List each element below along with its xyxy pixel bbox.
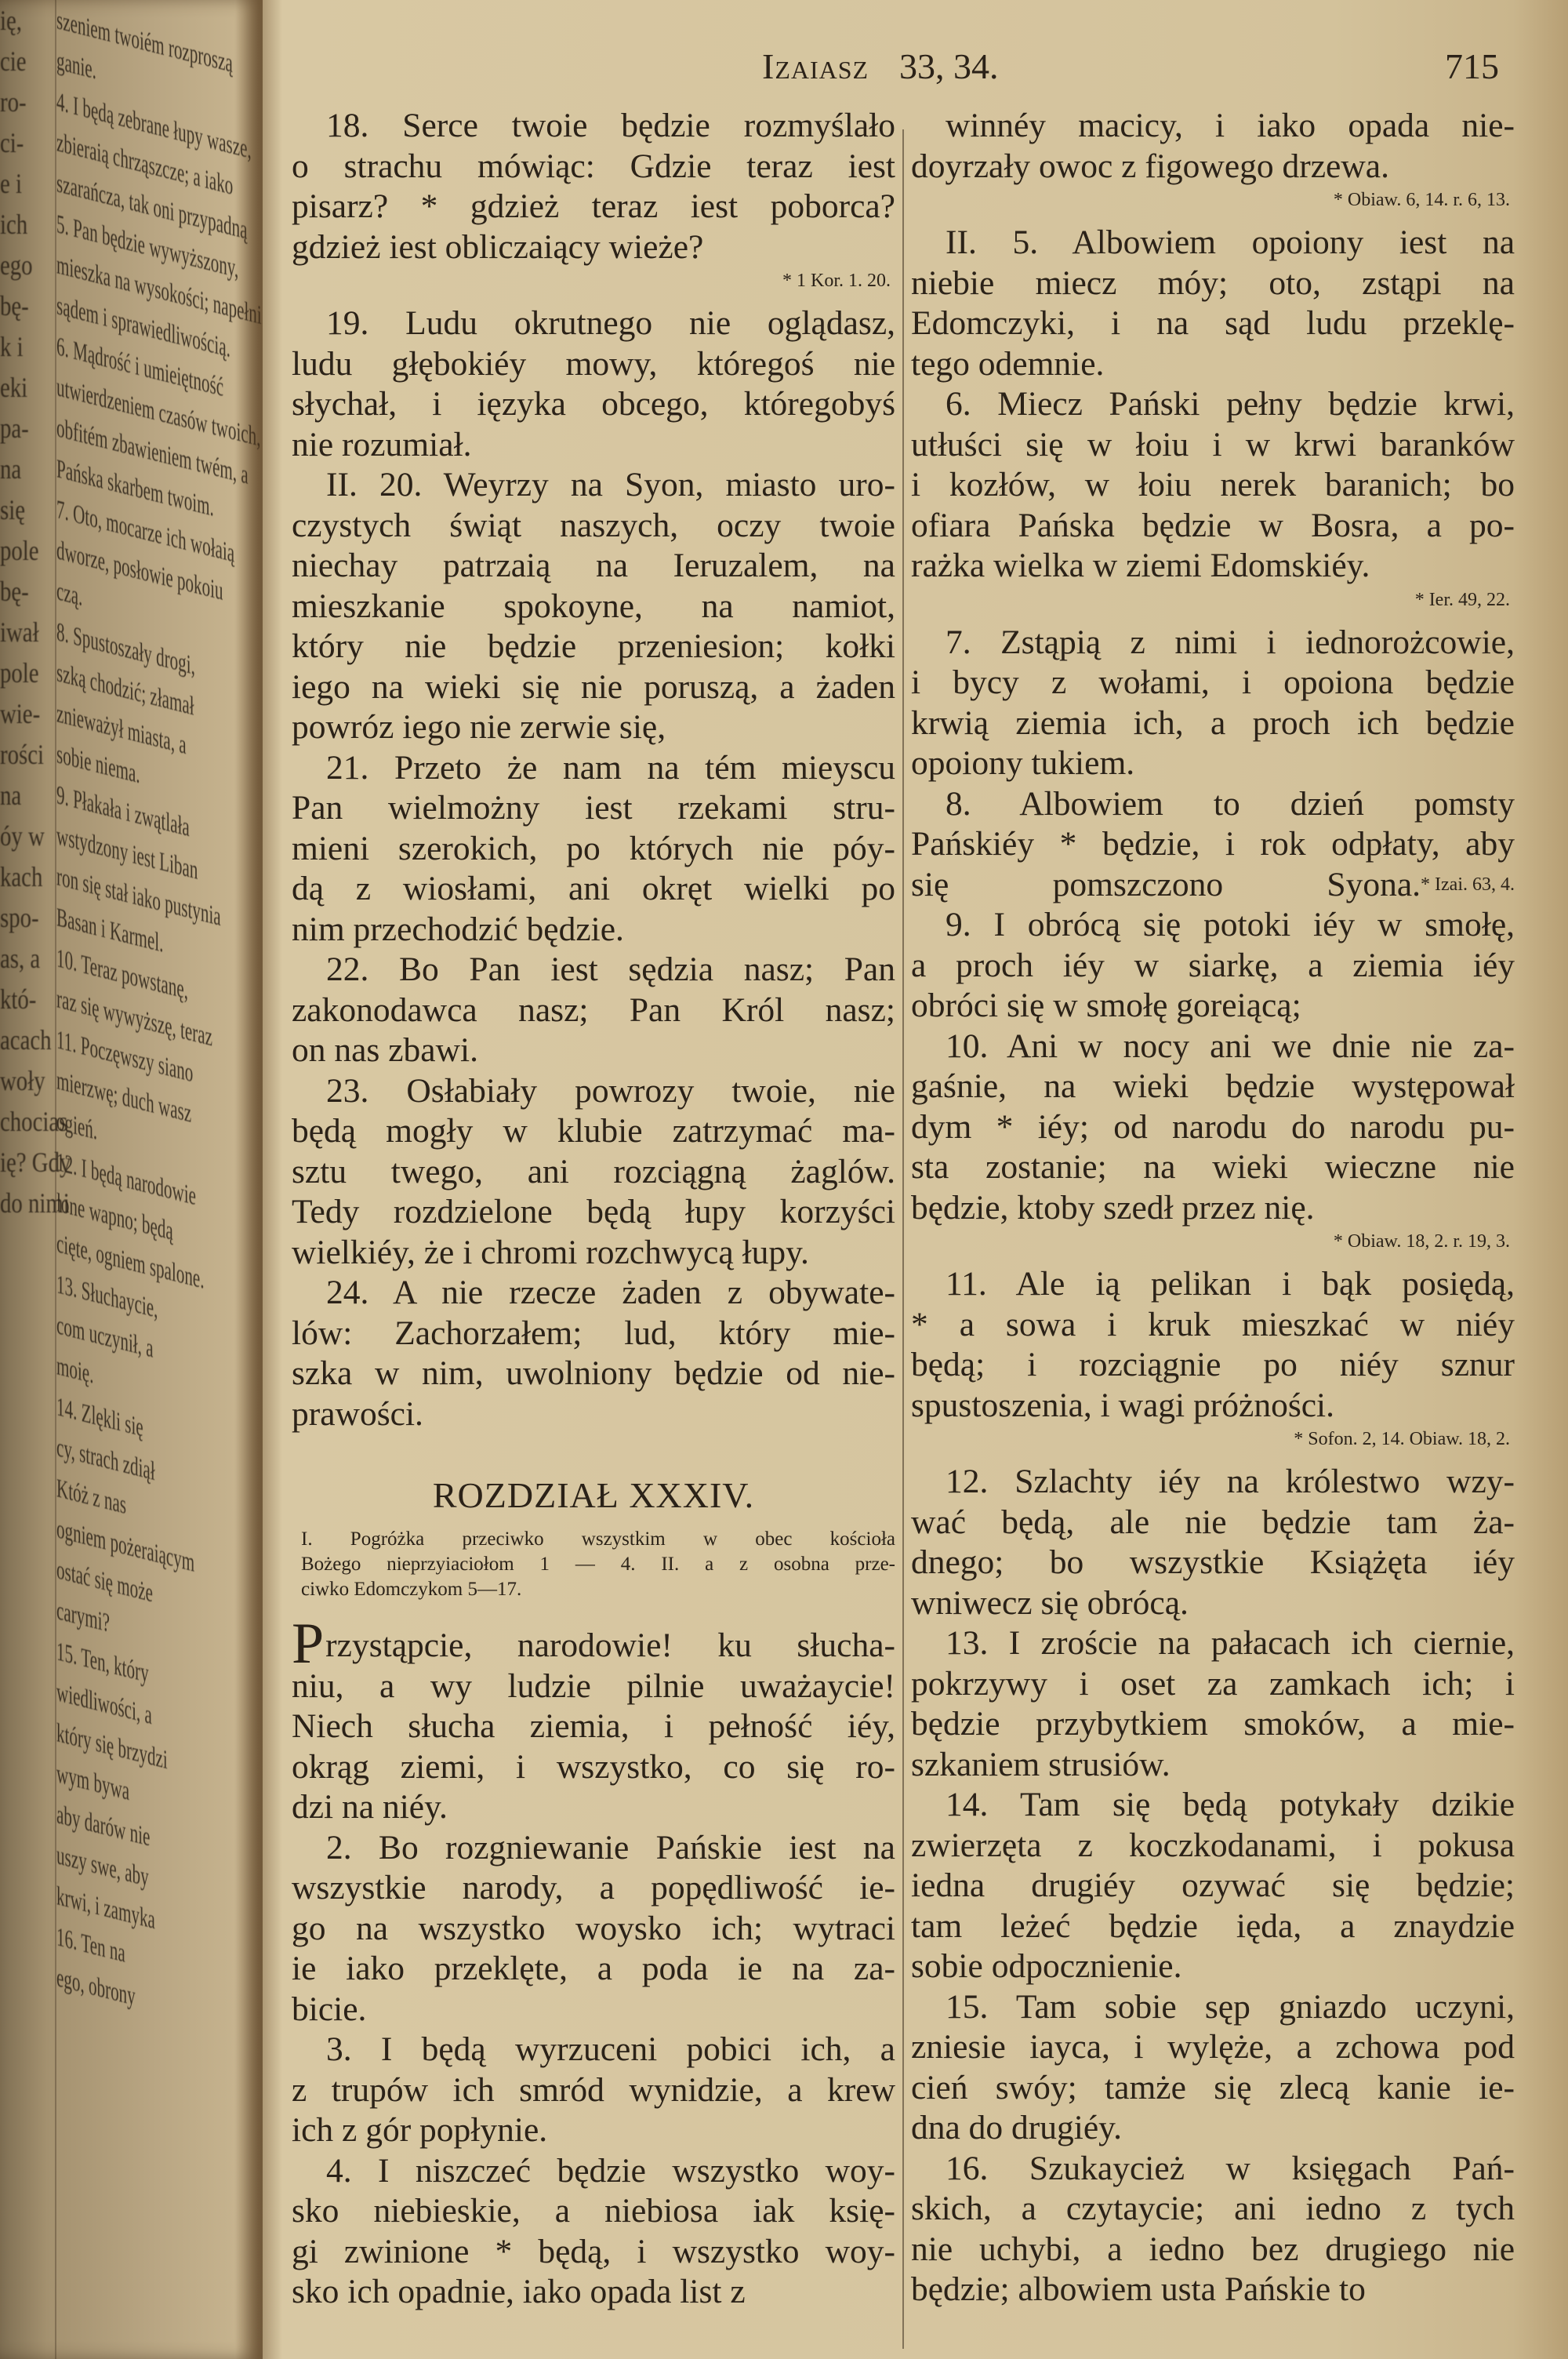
- verse-line: się pomszczono Syona.* Izai. 63, 4.: [911, 865, 1515, 906]
- verse-line: z trupów ich smród wynidzie, a krew: [292, 2070, 895, 2111]
- verse-line-text: 11. Ale ią pelikan i bąk posiędą,: [946, 1265, 1515, 1303]
- footnote-reference: * Sofon. 2, 14. Obiaw. 18, 2.: [911, 1426, 1515, 1452]
- previous-page-line: acach: [0, 1020, 44, 1060]
- verse-line-text: nie rozumiał.: [292, 426, 472, 463]
- verse-line: niebie miecz móy; oto, zstąpi na: [911, 264, 1515, 304]
- verse-line: Pan wielmożny iest rzekami stru-: [292, 788, 895, 829]
- verse-line: ludu głębokiéy mowy, któregoś nie: [292, 344, 895, 385]
- verse-line-text: niechay patrzaią na Ieruzalem, na: [292, 547, 895, 584]
- previous-page-line: ię,: [0, 0, 44, 41]
- verse-line-text: który nie będzie przeniesion; kołki: [292, 627, 895, 665]
- previous-page-line: rości: [0, 734, 44, 775]
- verse-line: 4. I niszczeć będzie wszystko woy-: [292, 2151, 895, 2192]
- previous-page-column-b: szeniem twoiém rozprosząganie.4. I będą …: [56, 0, 263, 2359]
- previous-page-line: as, a: [0, 938, 44, 979]
- verse-line-text: sztu twego, ani rozciągną żaglów.: [292, 1153, 895, 1190]
- column-divider-rule: [902, 129, 904, 2349]
- verse-line: szka w nim, uwolniony będzie od nie-: [292, 1354, 895, 1394]
- verse-line-text: 16. Szukaycież w księgach Pań-: [946, 2150, 1515, 2187]
- verse-paragraph: 19. Ludu okrutnego nie oglądasz,ludu głę…: [292, 304, 895, 465]
- previous-page-line: ro-: [0, 82, 44, 122]
- verse-line: mieni szerokich, po których nie póy-: [292, 829, 895, 870]
- verse-line: cień swóy; tamże się zlecą kanie ie-: [911, 2068, 1515, 2109]
- verse-line: doyrzały owoc z figowego drzewa.: [911, 147, 1515, 187]
- previous-page-line: pa-: [0, 408, 44, 449]
- verse-line-text: 3. I będą wyrzuceni pobici ich, a: [326, 2030, 895, 2068]
- verse-paragraph: 16. Szukaycież w księgach Pań-skich, a c…: [911, 2149, 1515, 2310]
- verse-line-text: sta zostanie; na wieki wieczne nie: [911, 1148, 1515, 1186]
- verse-paragraph: 21. Przeto że nam na tém mieyscuPan wiel…: [292, 748, 895, 951]
- verse-line: wniwecz się obrócą.: [911, 1583, 1515, 1624]
- verse-line-text: ludu głębokiéy mowy, któregoś nie: [292, 345, 895, 383]
- verse-line-text: zwierzęta z koczkodanami, i pokusa: [911, 1826, 1515, 1864]
- verse-line-text: nim przechodzić będzie.: [292, 911, 624, 948]
- verse-line-text: winnéy macicy, i iako opada nie-: [946, 107, 1515, 144]
- previous-page-line: eki: [0, 367, 44, 408]
- verse-line-text: doyrzały owoc z figowego drzewa.: [911, 147, 1389, 185]
- verse-line-text: sko ich opadnie, iako opada list z: [292, 2273, 746, 2310]
- verse-line-text: sko niebieskie, a niebiosa iak księ-: [292, 2192, 895, 2230]
- verse-line-text: gaśnie, na wieki będzie występował: [911, 1067, 1515, 1105]
- verse-line: tego odemnie.: [911, 344, 1515, 385]
- chapter-heading: ROZDZIAŁ XXXIV.: [292, 1472, 895, 1519]
- verse-line-text: 21. Przeto że nam na tém mieyscu: [326, 749, 895, 787]
- inline-footnote-reference: * Izai. 63, 4.: [1421, 865, 1515, 906]
- verse-paragraph: Przystąpcie, narodowie! ku słucha-niu, a…: [292, 1624, 895, 1828]
- previous-page-line: ię? Gdy: [0, 1142, 44, 1183]
- previous-page-line: ich: [0, 204, 44, 245]
- verse-line-text: rzystąpcie, narodowie! ku słucha-: [325, 1627, 895, 1664]
- previous-page-line: óy w: [0, 816, 44, 856]
- verse-line-text: Tedy rozdzielone będą łupy korzyści: [292, 1193, 895, 1230]
- summary-line: ciwko Edomczykom 5—17.: [301, 1577, 895, 1602]
- verse-line-text: cień swóy; tamże się zlecą kanie ie-: [911, 2069, 1515, 2106]
- verse-line-text: nie uchybi, a iedno bez drugiego nie: [911, 2230, 1515, 2268]
- verse-line: niu, a wy ludzie pilnie uważaycie!: [292, 1667, 895, 1707]
- previous-page-line: bę-: [0, 285, 44, 326]
- verse-line-text: 13. I zroście na pałacach ich ciernie,: [946, 1624, 1515, 1662]
- verse-line-text: Edomczyki, i na sąd ludu przeklę-: [911, 304, 1515, 342]
- verse-line: rażka wielka w ziemi Edomskiéy.: [911, 546, 1515, 587]
- verse-line: 3. I będą wyrzuceni pobici ich, a: [292, 2030, 895, 2070]
- verse-line-text: i kozłów, w łoiu nerek baranich; bo: [911, 466, 1515, 503]
- verse-line-text: 6. Miecz Pański pełny będzie krwi,: [946, 385, 1515, 423]
- verse-line: 2. Bo rozgniewanie Pańskie iest na: [292, 1828, 895, 1869]
- footnote-reference: * Obiaw. 6, 14. r. 6, 13.: [911, 187, 1515, 213]
- verse-line-text: lów: Zachorzałem; lud, który mie-: [292, 1314, 895, 1352]
- verse-line-text: 10. Ani w nocy ani we dnie nie za-: [946, 1027, 1515, 1065]
- verse-line-text: a proch iéy w siarkę, a ziemia iéy: [911, 947, 1515, 984]
- verse-line: i kozłów, w łoiu nerek baranich; bo: [911, 465, 1515, 506]
- verse-line-text: 24. A nie rzecze żaden z obywate-: [326, 1274, 895, 1311]
- previous-page-line: spo-: [0, 897, 44, 938]
- verse-line-text: 15. Tam sobie sęp gniazdo uczyni,: [946, 1988, 1515, 2026]
- previous-page-line: pole: [0, 530, 44, 571]
- verse-line-text: o strachu mówiąc: Gdzie teraz iest: [292, 147, 895, 185]
- verse-line: on nas zbawi.: [292, 1030, 895, 1071]
- verse-line: okrąg ziemi, i wszystko, co się ro-: [292, 1747, 895, 1788]
- verse-line-text: ofiara Pańska będzie w Bosra, a po-: [911, 507, 1515, 544]
- verse-line: wielkiéy, że i chromi rozchwycą łupy.: [292, 1233, 895, 1274]
- verse-paragraph: II. 20. Weyrzy na Syon, miasto uro-czyst…: [292, 465, 895, 748]
- verse-line: dzi na niéy.: [292, 1787, 895, 1828]
- verse-line-text: dym * iéy; od narodu do narodu pu-: [911, 1108, 1515, 1146]
- previous-page-line: ci-: [0, 122, 44, 163]
- verse-line: 15. Tam sobie sęp gniazdo uczyni,: [911, 1987, 1515, 2028]
- gutter-shadow: [235, 0, 282, 2359]
- verse-paragraph: 10. Ani w nocy ani we dnie nie za-gaśnie…: [911, 1027, 1515, 1229]
- previous-page-line: ego: [0, 245, 44, 285]
- verse-line: 8. Albowiem to dzień pomsty: [911, 784, 1515, 825]
- verse-line-text: gdzież iest obliczaiący wieże?: [292, 228, 703, 266]
- verse-line: prawości.: [292, 1394, 895, 1435]
- verse-line-text: rażka wielka w ziemi Edomskiéy.: [911, 547, 1370, 584]
- verse-line-text: * a sowa i kruk mieszkać w niéy: [911, 1306, 1515, 1343]
- previous-page-line: chocias: [0, 1101, 44, 1142]
- verse-line-text: szkaniem strusiów.: [911, 1746, 1171, 1783]
- verse-line-text: 22. Bo Pan iest sędzia nasz; Pan: [326, 951, 895, 988]
- previous-page-line: bę-: [0, 571, 44, 612]
- verse-line: gaśnie, na wieki będzie występował: [911, 1067, 1515, 1107]
- verse-line: słychał, i ięzyka obcego, któregobyś: [292, 384, 895, 425]
- verse-paragraph: 6. Miecz Pański pełny będzie krwi,utłuśc…: [911, 384, 1515, 587]
- verse-line-text: się pomszczono Syona.: [911, 866, 1421, 903]
- summary-line: Bożego nieprzyiaciołom 1 — 4. II. a z os…: [301, 1552, 895, 1577]
- verse-line-text: iedna drugiéy ozywać się będzie;: [911, 1866, 1515, 1904]
- verse-line: szkaniem strusiów.: [911, 1745, 1515, 1786]
- chapter-summary: I. Pogróżka przeciwko wszystkim w obec k…: [292, 1527, 895, 1602]
- verse-line: winnéy macicy, i iako opada nie-: [911, 106, 1515, 147]
- verse-line-text: II. 20. Weyrzy na Syon, miasto uro-: [326, 466, 895, 503]
- verse-line-text: obróci się w smołę goreiącą;: [911, 987, 1301, 1024]
- verse-line: iedna drugiéy ozywać się będzie;: [911, 1866, 1515, 1906]
- verse-line-text: 7. Zstąpią z nimi i iednorożcowie,: [946, 623, 1515, 661]
- book-page: Izaiasz 33, 34. 715 18. Serce twoie będz…: [292, 31, 1530, 2337]
- verse-line-text: krwią ziemia ich, a proch ich będzie: [911, 704, 1515, 742]
- running-head: Izaiasz 33, 34. 715: [292, 45, 1515, 100]
- verse-line-text: szka w nim, uwolniony będzie od nie-: [292, 1354, 895, 1392]
- verse-paragraph: 3. I będą wyrzuceni pobici ich, az trupó…: [292, 2030, 895, 2151]
- verse-line: który nie będzie przeniesion; kołki: [292, 627, 895, 667]
- verse-line: sobie odpocznienie.: [911, 1946, 1515, 1987]
- verse-line: bicie.: [292, 1990, 895, 2030]
- right-text-column: winnéy macicy, i iako opada nie-doyrzały…: [911, 106, 1515, 2310]
- previous-page-line: iwał: [0, 612, 44, 652]
- previous-page-line: się: [0, 489, 44, 530]
- verse-line-text: będą mogły w klubie zatrzymać ma-: [292, 1112, 895, 1150]
- verse-line-text: 14. Tam się będą potykały dzikie: [946, 1786, 1515, 1823]
- verse-line: Pańskiéy * będzie, i rok odpłaty, aby: [911, 824, 1515, 865]
- verse-line-text: dna do drugiéy.: [911, 2109, 1122, 2146]
- verse-paragraph: winnéy macicy, i iako opada nie-doyrzały…: [911, 106, 1515, 187]
- verse-line-text: niu, a wy ludzie pilnie uważaycie!: [292, 1667, 895, 1705]
- verse-line: II. 20. Weyrzy na Syon, miasto uro-: [292, 465, 895, 506]
- verse-line: sztu twego, ani rozciągną żaglów.: [292, 1152, 895, 1193]
- verse-line: pisarz? * gdzież teraz iest poborca?: [292, 187, 895, 227]
- verse-paragraph: 8. Albowiem to dzień pomstyPańskiéy * bę…: [911, 784, 1515, 906]
- verse-line-text: utłuści się w łoiu i w krwi baranków: [911, 426, 1515, 463]
- verse-line-text: tam leżeć będzie ięda, a znaydzie: [911, 1907, 1515, 1945]
- verse-line-text: 18. Serce twoie będzie rozmyślało: [326, 107, 895, 144]
- verse-line-text: będzie przybytkiem smoków, a mie-: [911, 1705, 1515, 1743]
- verse-line: ich z gór popłynie.: [292, 2110, 895, 2151]
- verse-line: krwią ziemia ich, a proch ich będzie: [911, 703, 1515, 744]
- verse-line: 10. Ani w nocy ani we dnie nie za-: [911, 1027, 1515, 1067]
- verse-line: będą; i rozciągnie po niéy sznur: [911, 1345, 1515, 1386]
- verse-line: 7. Zstąpią z nimi i iednorożcowie,: [911, 623, 1515, 663]
- verse-line: wać będą, ale nie będzie tam ża-: [911, 1503, 1515, 1543]
- verse-line: 21. Przeto że nam na tém mieyscu: [292, 748, 895, 789]
- verse-paragraph: 7. Zstąpią z nimi i iednorożcowie,i bycy…: [911, 623, 1515, 784]
- previous-page-line: woły: [0, 1060, 44, 1101]
- verse-line-text: mieni szerokich, po których nie póy-: [292, 830, 895, 867]
- verse-line-text: tego odemnie.: [911, 345, 1104, 383]
- verse-line: zwierzęta z koczkodanami, i pokusa: [911, 1826, 1515, 1866]
- previous-page-column-a: ię,ciero-ci-e iichegobę-k iekipa-nasiępo…: [0, 0, 56, 2359]
- verse-line-text: dnego; bo wszystkie Książęta iéy: [911, 1543, 1515, 1581]
- verse-line-text: go na wszystko woysko ich; wytraci: [292, 1910, 895, 1947]
- verse-line: 14. Tam się będą potykały dzikie: [911, 1785, 1515, 1826]
- verse-paragraph: 14. Tam się będą potykały dzikiezwierzęt…: [911, 1785, 1515, 1987]
- previous-page-line: cie: [0, 41, 44, 82]
- verse-line-text: ich z gór popłynie.: [292, 2111, 547, 2149]
- verse-line-text: zakonodawca nasz; Pan Król nasz;: [292, 991, 895, 1029]
- verse-line-text: będzie, ktoby szedł przez nię.: [911, 1189, 1315, 1227]
- verse-line: nie rozumiał.: [292, 425, 895, 466]
- previous-page-line: któ-: [0, 979, 44, 1020]
- verse-line: o strachu mówiąc: Gdzie teraz iest: [292, 147, 895, 187]
- verse-line-text: Niech słucha ziemia, i pełność iéy,: [292, 1707, 895, 1745]
- verse-line-text: on nas zbawi.: [292, 1031, 478, 1069]
- verse-line-text: czystych świąt naszych, oczy twoie: [292, 507, 895, 544]
- verse-line: 22. Bo Pan iest sędzia nasz; Pan: [292, 950, 895, 990]
- verse-line-text: wniwecz się obrócą.: [911, 1584, 1189, 1622]
- verse-line: nim przechodzić będzie.: [292, 910, 895, 951]
- verse-line: dnego; bo wszystkie Książęta iéy: [911, 1543, 1515, 1583]
- verse-line: będzie; albowiem usta Pańskie to: [911, 2270, 1515, 2310]
- previous-page-line: na: [0, 775, 44, 816]
- verse-paragraph: II. 5. Albowiem opoiony iest naniebie mi…: [911, 223, 1515, 384]
- verse-line-text: 4. I niszczeć będzie wszystko woy-: [326, 2152, 895, 2190]
- verse-line-text: 19. Ludu okrutnego nie oglądasz,: [326, 304, 895, 342]
- verse-line: spustoszenia, i wagi próżności.: [911, 1386, 1515, 1427]
- verse-line-text: skich, a czytaycie; ani iedno z tych: [911, 2190, 1515, 2227]
- verse-line-text: z trupów ich smród wynidzie, a krew: [292, 2071, 895, 2109]
- verse-line: obróci się w smołę goreiącą;: [911, 986, 1515, 1027]
- verse-line-text: wszystkie narody, a popędliwość ie-: [292, 1869, 895, 1906]
- previous-page-line: e i: [0, 163, 44, 204]
- verse-line: 24. A nie rzecze żaden z obywate-: [292, 1273, 895, 1314]
- left-text-column: 18. Serce twoie będzie rozmyślałoo strac…: [292, 106, 895, 2313]
- verse-line: będzie przybytkiem smoków, a mie-: [911, 1704, 1515, 1745]
- verse-line-text: słychał, i ięzyka obcego, któregobyś: [292, 385, 895, 423]
- verse-paragraph: 23. Osłabiały powrozy twoie, niebędą mog…: [292, 1071, 895, 1274]
- verse-line: 11. Ale ią pelikan i bąk posiędą,: [911, 1264, 1515, 1305]
- verse-line-text: dzi na niéy.: [292, 1788, 448, 1826]
- verse-line-text: 8. Albowiem to dzień pomsty: [946, 785, 1515, 823]
- verse-line: mieszkanie spokoyne, na namiot,: [292, 587, 895, 627]
- verse-line-text: pokrzywy i oset za zamkach ich; i: [911, 1665, 1515, 1703]
- verse-line: lów: Zachorzałem; lud, który mie-: [292, 1314, 895, 1354]
- page-number: 715: [1445, 45, 1499, 87]
- verse-line-text: pisarz? * gdzież teraz iest poborca?: [292, 187, 895, 225]
- verse-paragraph: 15. Tam sobie sęp gniazdo uczyni,zniesie…: [911, 1987, 1515, 2149]
- verse-line: tam leżeć będzie ięda, a znaydzie: [911, 1906, 1515, 1947]
- verse-line: Tedy rozdzielone będą łupy korzyści: [292, 1192, 895, 1233]
- verse-line: będą mogły w klubie zatrzymać ma-: [292, 1111, 895, 1152]
- verse-line: sko niebieskie, a niebiosa iak księ-: [292, 2191, 895, 2232]
- verse-paragraph: 2. Bo rozgniewanie Pańskie iest nawszyst…: [292, 1828, 895, 2030]
- verse-line: 16. Szukaycież w księgach Pań-: [911, 2149, 1515, 2190]
- verse-line: 9. I obrócą się potoki iéy w smołę,: [911, 905, 1515, 946]
- verse-line: * a sowa i kruk mieszkać w niéy: [911, 1305, 1515, 1346]
- verse-line: 19. Ludu okrutnego nie oglądasz,: [292, 304, 895, 344]
- verse-paragraph: 11. Ale ią pelikan i bąk posiędą,* a sow…: [911, 1264, 1515, 1426]
- book-title: Izaiasz: [762, 45, 869, 87]
- verse-line-text: iego na wieki się nie poruszą, a żaden: [292, 668, 895, 706]
- verse-paragraph: 13. I zroście na pałacach ich ciernie,po…: [911, 1623, 1515, 1785]
- verse-line-text: sobie odpocznienie.: [911, 1947, 1181, 1985]
- verse-line: gdzież iest obliczaiący wieże?: [292, 227, 895, 268]
- verse-line-text: prawości.: [292, 1395, 423, 1433]
- verse-line: zniesie iayca, i wylęże, a zchowa pod: [911, 2027, 1515, 2068]
- verse-line: iego na wieki się nie poruszą, a żaden: [292, 667, 895, 708]
- verse-paragraph: 22. Bo Pan iest sędzia nasz; Panzakonoda…: [292, 950, 895, 1071]
- verse-line-text: 2. Bo rozgniewanie Pańskie iest na: [326, 1829, 895, 1866]
- verse-line-text: będzie; albowiem usta Pańskie to: [911, 2270, 1366, 2308]
- verse-line: a proch iéy w siarkę, a ziemia iéy: [911, 946, 1515, 987]
- verse-line-text: 23. Osłabiały powrozy twoie, nie: [326, 1072, 895, 1110]
- verse-line: ie iako przeklęte, a poda ie na za-: [292, 1949, 895, 1990]
- verse-line-text: wać będą, ale nie będzie tam ża-: [911, 1503, 1515, 1541]
- verse-line: i bycy z wołami, i opoiona będzie: [911, 663, 1515, 703]
- previous-page-line: do nimi: [0, 1183, 44, 1223]
- verse-line: 12. Szlachty iéy na królestwo wzy-: [911, 1462, 1515, 1503]
- verse-line: utłuści się w łoiu i w krwi baranków: [911, 425, 1515, 466]
- verse-line: Edomczyki, i na sąd ludu przeklę-: [911, 304, 1515, 344]
- verse-paragraph: 18. Serce twoie będzie rozmyślałoo strac…: [292, 106, 895, 267]
- previous-page-line: pole: [0, 652, 44, 693]
- verse-line: gi zwinione * będą, i wszystko woy-: [292, 2232, 895, 2273]
- summary-line: I. Pogróżka przeciwko wszystkim w obec k…: [301, 1527, 895, 1552]
- verse-line-text: opoiony tukiem.: [911, 744, 1134, 782]
- verse-line-text: zniesie iayca, i wylęże, a zchowa pod: [911, 2028, 1515, 2066]
- verse-line: wszystkie narody, a popędliwość ie-: [292, 1868, 895, 1909]
- verse-line-text: wielkiéy, że i chromi rozchwycą łupy.: [292, 1234, 809, 1271]
- previous-page-line: k i: [0, 326, 44, 367]
- verse-line-text: ie iako przeklęte, a poda ie na za-: [292, 1950, 895, 1987]
- verse-line: dna do drugiéy.: [911, 2108, 1515, 2149]
- verse-line: 6. Miecz Pański pełny będzie krwi,: [911, 384, 1515, 425]
- footnote-reference: * Obiaw. 18, 2. r. 19, 3.: [911, 1228, 1515, 1255]
- verse-line-text: okrąg ziemi, i wszystko, co się ro-: [292, 1748, 895, 1786]
- verse-line: powróz iego nie zerwie się,: [292, 707, 895, 748]
- verse-line-text: 9. I obrócą się potoki iéy w smołę,: [946, 906, 1515, 943]
- footnote-reference: * 1 Kor. 1. 20.: [292, 267, 895, 294]
- verse-line: Przystąpcie, narodowie! ku słucha-: [292, 1624, 895, 1667]
- verse-line: II. 5. Albowiem opoiony iest na: [911, 223, 1515, 264]
- verse-paragraph: 24. A nie rzecze żaden z obywate-lów: Za…: [292, 1273, 895, 1434]
- verse-line-text: będą; i rozciągnie po niéy sznur: [911, 1346, 1515, 1383]
- verse-line-text: mieszkanie spokoyne, na namiot,: [292, 587, 895, 625]
- verse-line: ofiara Pańska będzie w Bosra, a po-: [911, 506, 1515, 547]
- verse-line: sko ich opadnie, iako opada list z: [292, 2272, 895, 2313]
- verse-paragraph: 12. Szlachty iéy na królestwo wzy-wać bę…: [911, 1462, 1515, 1623]
- verse-line-text: i bycy z wołami, i opoiona będzie: [911, 663, 1515, 701]
- verse-line: sta zostanie; na wieki wieczne nie: [911, 1147, 1515, 1188]
- chapter-range: 33, 34.: [899, 45, 999, 87]
- previous-page-curl: ię,ciero-ci-e iichegobę-k iekipa-nasiępo…: [0, 0, 263, 2359]
- verse-line: czystych świąt naszych, oczy twoie: [292, 506, 895, 547]
- verse-paragraph: 4. I niszczeć będzie wszystko woy-sko ni…: [292, 2151, 895, 2313]
- verse-line-text: gi zwinione * będą, i wszystko woy-: [292, 2233, 895, 2270]
- verse-line: go na wszystko woysko ich; wytraci: [292, 1909, 895, 1950]
- verse-line-text: Pan wielmożny iest rzekami stru-: [292, 789, 895, 827]
- verse-line-text: niebie miecz móy; oto, zstąpi na: [911, 264, 1515, 302]
- verse-line: 23. Osłabiały powrozy twoie, nie: [292, 1071, 895, 1112]
- verse-line: Niech słucha ziemia, i pełność iéy,: [292, 1707, 895, 1747]
- verse-line-text: 12. Szlachty iéy na królestwo wzy-: [946, 1463, 1515, 1500]
- verse-line: 18. Serce twoie będzie rozmyślało: [292, 106, 895, 147]
- previous-page-line: wie-: [0, 693, 44, 734]
- verse-line: nie uchybi, a iedno bez drugiego nie: [911, 2230, 1515, 2270]
- verse-line: dym * iéy; od narodu do narodu pu-: [911, 1107, 1515, 1148]
- previous-page-line: kach: [0, 856, 44, 897]
- verse-line: niechay patrzaią na Ieruzalem, na: [292, 546, 895, 587]
- verse-paragraph: 9. I obrócą się potoki iéy w smołę,a pro…: [911, 905, 1515, 1027]
- verse-line-text: Pańskiéy * będzie, i rok odpłaty, aby: [911, 825, 1515, 863]
- verse-line: zakonodawca nasz; Pan Król nasz;: [292, 990, 895, 1031]
- verse-line: skich, a czytaycie; ani iedno z tych: [911, 2189, 1515, 2230]
- verse-line: opoiony tukiem.: [911, 743, 1515, 784]
- previous-page-line: na: [0, 449, 44, 489]
- verse-line-text: spustoszenia, i wagi próżności.: [911, 1387, 1334, 1424]
- verse-line-text: bicie.: [292, 1990, 366, 2028]
- verse-line: dą z wiosłami, ani okręt wielki po: [292, 869, 895, 910]
- verse-line-text: II. 5. Albowiem opoiony iest na: [946, 224, 1515, 261]
- verse-line-text: powróz iego nie zerwie się,: [292, 708, 666, 746]
- verse-line-text: dą z wiosłami, ani okręt wielki po: [292, 870, 895, 907]
- verse-line: pokrzywy i oset za zamkach ich; i: [911, 1664, 1515, 1705]
- verse-line: będzie, ktoby szedł przez nię.: [911, 1188, 1515, 1229]
- verse-line: 13. I zroście na pałacach ich ciernie,: [911, 1623, 1515, 1664]
- footnote-reference: * Ier. 49, 22.: [911, 587, 1515, 613]
